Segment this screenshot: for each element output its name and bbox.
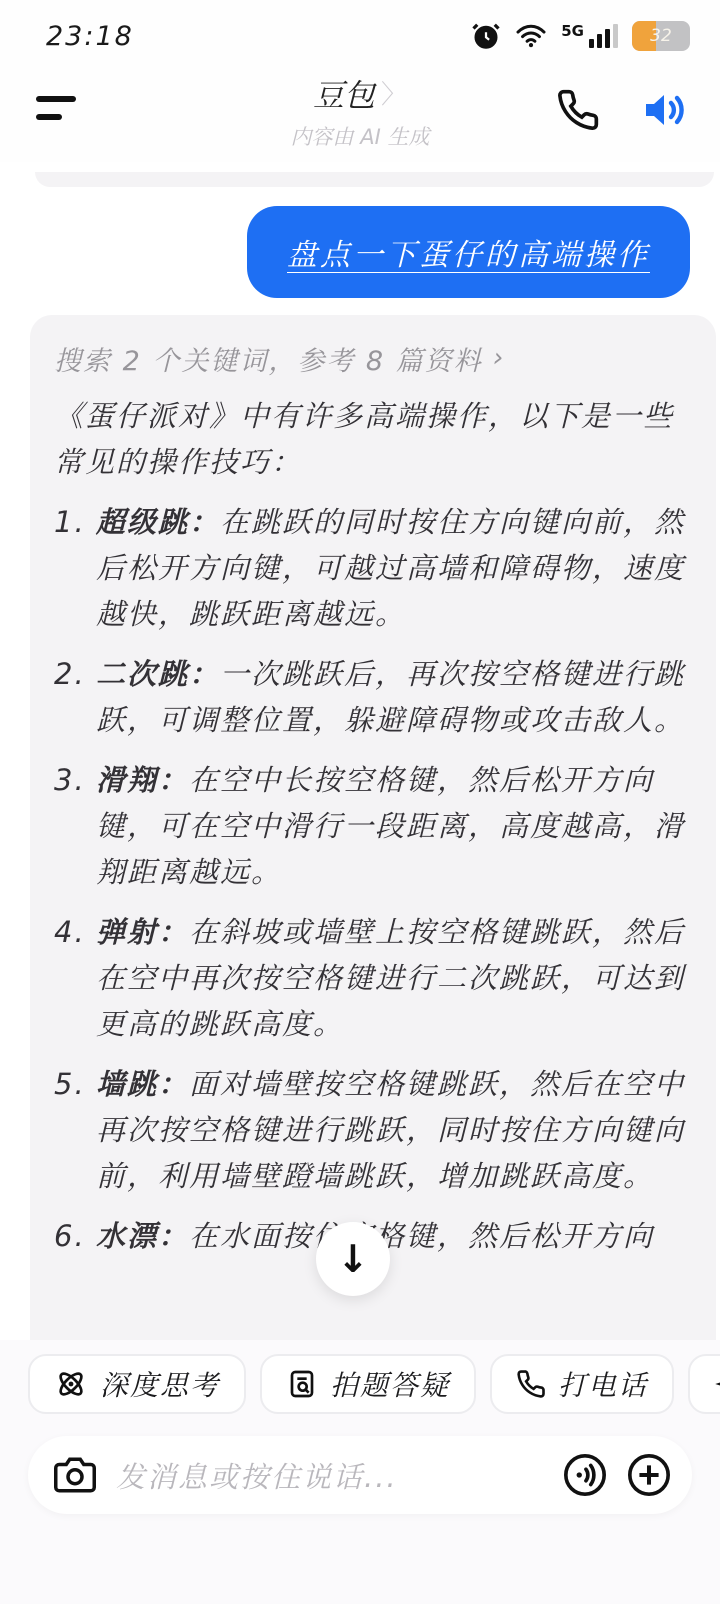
wifi-icon (515, 23, 547, 49)
alarm-icon (471, 21, 501, 51)
deep-think-button[interactable]: 深度思考 (28, 1354, 246, 1414)
status-bar: 23:18 5G 32 (0, 0, 720, 62)
list-item: 3. 滑翔：在空中长按空格键，然后松开方向键，可在空中滑行一段距离，高度越高，滑… (54, 757, 690, 895)
battery-percent: 32 (632, 21, 690, 51)
bottom-panel: 深度思考 拍题答疑 打电话 (0, 1340, 720, 1604)
deep-think-label: 深度思考 (100, 1364, 220, 1404)
battery-icon: 32 (632, 21, 690, 51)
user-message-bubble[interactable]: 盘点一下蛋仔的高端操作 (247, 206, 690, 298)
scroll-to-bottom-button[interactable]: ↓ (316, 1222, 390, 1296)
app-header: 豆包 〉 内容由 AI 生成 (0, 62, 720, 162)
speaker-icon (640, 86, 688, 134)
ai-generate-button[interactable]: AI 生 (688, 1354, 720, 1414)
chevron-right-icon: › (493, 343, 505, 373)
search-summary-text: 搜索 2 个关键词，参考 8 篇资料 (54, 339, 483, 378)
search-references-row[interactable]: 搜索 2 个关键词，参考 8 篇资料 › (54, 337, 690, 379)
call-phone-button[interactable]: 打电话 (490, 1354, 674, 1414)
atom-icon (54, 1367, 88, 1401)
chat-area: 盘点一下蛋仔的高端操作 搜索 2 个关键词，参考 8 篇资料 › 《蛋仔派对》中… (0, 162, 720, 1340)
speaker-button[interactable] (638, 84, 690, 136)
arrow-down-icon: ↓ (337, 1237, 369, 1281)
camera-icon[interactable] (52, 1452, 98, 1498)
ai-message-card: 搜索 2 个关键词，参考 8 篇资料 › 《蛋仔派对》中有许多高端操作，以下是一… (30, 315, 716, 1340)
page-title: 豆包 (313, 70, 375, 115)
call-phone-label: 打电话 (558, 1364, 648, 1404)
list-item: 5. 墙跳：面对墙壁按空格键跳跃，然后在空中再次按空格键进行跳跃，同时按住方向键… (54, 1061, 690, 1199)
clock-time: 23:18 (46, 21, 134, 52)
ai-message-body: 《蛋仔派对》中有许多高端操作，以下是一些常见的操作技巧： 1. 超级跳：在跳跃的… (54, 393, 690, 1259)
message-input-bar[interactable]: 发消息或按住说话... (28, 1436, 692, 1514)
ai-intro-paragraph: 《蛋仔派对》中有许多高端操作，以下是一些常见的操作技巧： (54, 393, 690, 485)
previous-message-edge (35, 172, 714, 187)
message-input[interactable]: 发消息或按住说话... (116, 1455, 544, 1496)
signal-icon: 5G (561, 24, 618, 48)
phone-icon (516, 1369, 546, 1399)
photo-solve-button[interactable]: 拍题答疑 (260, 1354, 476, 1414)
quick-actions-toolbar: 深度思考 拍题答疑 打电话 (0, 1340, 720, 1414)
photo-solve-label: 拍题答疑 (330, 1364, 450, 1404)
list-item: 1. 超级跳：在跳跃的同时按住方向键向前，然后松开方向键，可越过高墙和障碍物，速… (54, 499, 690, 637)
chevron-right-icon: 〉 (381, 74, 407, 111)
user-message-text: 盘点一下蛋仔的高端操作 (287, 238, 650, 273)
call-button[interactable] (552, 84, 604, 136)
phone-icon (556, 88, 600, 132)
list-item: 2. 二次跳：一次跳跃后，再次按空格键进行跳跃，可调整位置，躲避障碍物或攻击敌人… (54, 651, 690, 743)
list-item: 4. 弹射：在斜坡或墙壁上按空格键跳跃，然后在空中再次按空格键进行二次跳跃，可达… (54, 909, 690, 1047)
plus-icon[interactable] (626, 1452, 672, 1498)
voice-wave-icon[interactable] (562, 1452, 608, 1498)
sparkle-icon (714, 1369, 720, 1399)
doc-search-icon (286, 1368, 318, 1400)
